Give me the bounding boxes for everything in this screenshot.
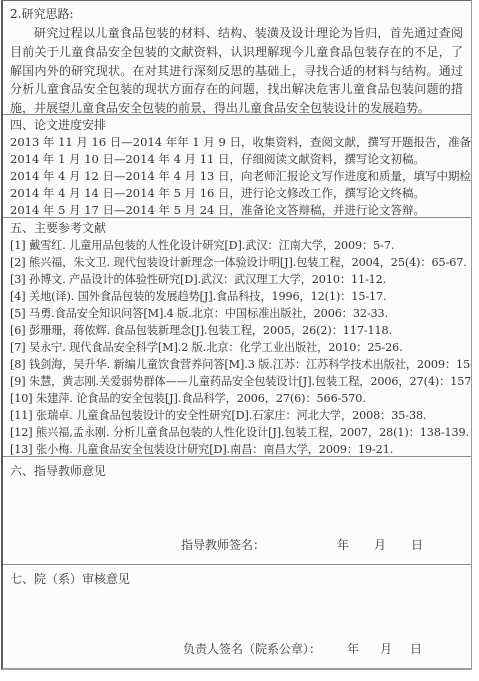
department-review-section: 七、院（系）审核意见 负责人签名（院系公章）： 年 月 日 — [3, 564, 471, 668]
reference-item: [5] 马勇.食品安全知识问答[M].4 版.北京：中国标准出版社，2006：3… — [10, 305, 467, 322]
reference-item: [11] 张瑞卓. 儿童食品包装设计的安全性研究[D].石家庄：河北大学，200… — [10, 407, 467, 424]
thesis-proposal-form: 2.研究思路: 研究过程以儿童食品包装的材料、结构、装潢及设计理论为旨归，首先通… — [1, 0, 472, 670]
advisor-signature-label: 指导教师签名： — [181, 537, 265, 553]
references-heading: 五、主要参考文献 — [10, 220, 467, 237]
schedule-heading: 四、论文进度安排 — [10, 117, 465, 134]
reference-item: [7] 吴永宁. 现代食品安全科学[M].2 版.北京：化学工业出版社，2010… — [10, 339, 467, 356]
advisor-signature-row: 指导教师签名： 年 月 日 — [3, 537, 471, 564]
advisor-date-day-label: 日 — [411, 537, 423, 553]
reference-item: [2] 熊兴福，朱文卫. 现代包装设计新理念一体验设计明[J].包装工程，200… — [10, 254, 467, 271]
advisor-date-month-label: 月 — [374, 537, 386, 553]
reference-item: [6] 彭珊珊，蒋侬辉. 食品包装新理念[J].包装工程，2005，26(2)：… — [10, 322, 467, 339]
thesis-proposal-page: 2.研究思路: 研究过程以儿童食品包装的材料、结构、装潢及设计理论为旨归，首先通… — [0, 0, 479, 681]
department-signature-row: 负责人签名（院系公章）： 年 月 日 — [3, 641, 471, 668]
research-approach-heading: 2.研究思路: — [10, 5, 463, 24]
schedule-section: 四、论文进度安排 2013 年 11 月 16 日—2014 年年 1 月 9 … — [3, 114, 471, 217]
schedule-item: 2014 年 4 月 12 日—2014 年 4 月 13 日，向老师汇报论文写… — [10, 168, 465, 185]
department-date-month-label: 月 — [380, 641, 392, 657]
schedule-item: 2013 年 11 月 16 日—2014 年年 1 月 9 日，收集资料，查阅… — [10, 134, 465, 151]
reference-item: [12] 熊兴福,孟永刚. 分析儿童食品包装的人性化设计[J].包装工程，200… — [10, 424, 467, 441]
advisor-opinion-section: 六、指导教师意见 指导教师签名： 年 月 日 — [3, 456, 471, 564]
reference-item: [10] 朱建萍. 论食品的安全包装[J].食品科学，2006，27(6)：56… — [10, 390, 467, 407]
reference-item: [4] 关地(译). 国外食品包装的发展趋势[J].食品科技，1996，12(1… — [10, 288, 467, 305]
advisor-date-year-label: 年 — [337, 537, 349, 553]
research-approach-section: 2.研究思路: 研究过程以儿童食品包装的材料、结构、装潢及设计理论为旨归，首先通… — [3, 1, 471, 114]
reference-item: [9] 朱慧，黄志刚.关爱弱势群体——儿童药品安全包装设计[J].包装工程，20… — [10, 373, 467, 390]
advisor-comment-area — [3, 480, 471, 537]
department-comment-area — [3, 588, 471, 641]
department-signature-label: 负责人签名（院系公章）： — [183, 641, 321, 657]
advisor-opinion-heading: 六、指导教师意见 — [3, 457, 471, 480]
department-review-heading: 七、院（系）审核意见 — [3, 565, 471, 588]
research-approach-paragraph: 研究过程以儿童食品包装的材料、结构、装潢及设计理论为旨归，首先通过查阅目前关于儿… — [10, 24, 463, 114]
department-date-day-label: 日 — [410, 641, 422, 657]
reference-item: [13] 张小梅. 儿童食品安全包装设计研究[D].南昌：南昌大学，2009：1… — [10, 441, 467, 456]
department-date-year-label: 年 — [347, 641, 359, 657]
reference-item: [3] 孙博文. 产品设计的体验性研究[D].武汉：武汉理工大学，2010：11… — [10, 271, 467, 288]
reference-item: [8] 钱剑海，吴升华. 新编儿童饮食营养问答[M].3 版.江苏：江苏科学技术… — [10, 356, 467, 373]
reference-item: [1] 戴雪红. 儿童用品包装的人性化设计研究[D].武汉：江南大学，2009：… — [10, 237, 467, 254]
schedule-item: 2014 年 4 月 14 日—2014 年 5 月 16 日，进行论文修改工作… — [10, 185, 465, 202]
schedule-item: 2014 年 1 月 10 日—2014 年 4 月 11 日，仔细阅读文献资料… — [10, 151, 465, 168]
references-section: 五、主要参考文献 [1] 戴雪红. 儿童用品包装的人性化设计研究[D].武汉：江… — [3, 217, 471, 456]
schedule-item: 2014 年 5 月 17 日—2014 年 5 月 24 日，准备论文答辩稿，… — [10, 202, 465, 217]
